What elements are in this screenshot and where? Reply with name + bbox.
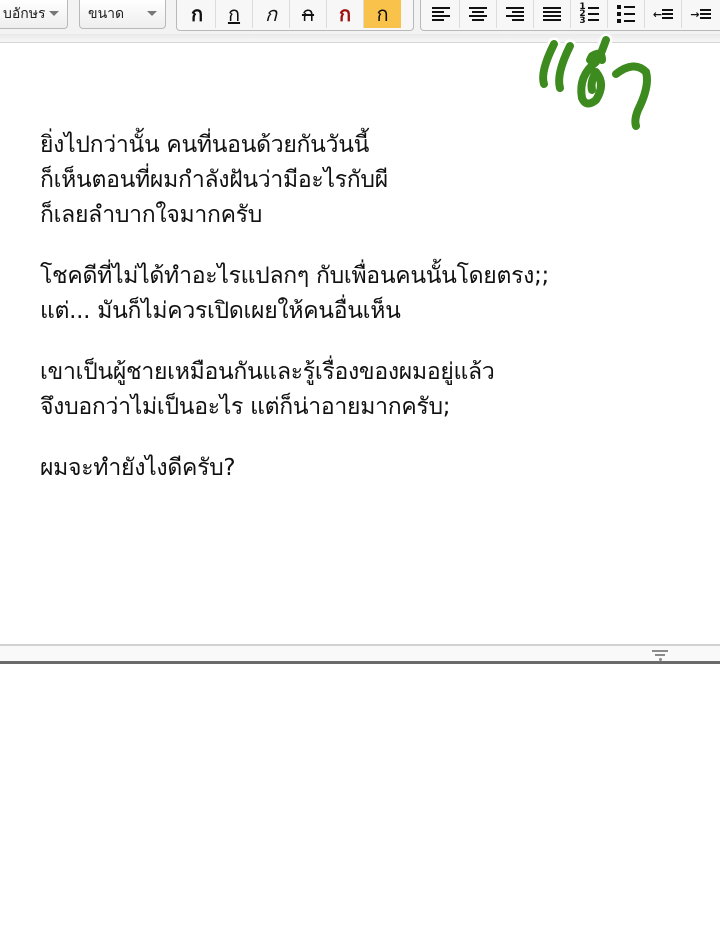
numbered-list-button[interactable]: 123 <box>571 0 608 28</box>
font-size-dropdown[interactable]: ขนาด <box>79 0 166 29</box>
text-line: จึงบอกว่าไม่เป็นอะไร แต่ก็น่าอายมากครับ; <box>40 390 680 425</box>
chevron-down-icon <box>147 11 157 16</box>
editor-content[interactable]: ยิ่งไปกว่านั้น คนที่นอนด้วยกันวันนี้ ก็เ… <box>40 128 680 512</box>
paragraph: เขาเป็นผู้ชายเหมือนกันและรู้เรื่องของผมอ… <box>40 355 680 425</box>
text-line: ก็เห็นตอนที่ผมกำลังฝันว่ามีอะไรกับผี <box>40 163 680 198</box>
text-line: โชคดีที่ไม่ได้ทำอะไรแปลกๆ กับเพื่อนคนนั้… <box>40 259 680 294</box>
italic-button[interactable]: ก <box>253 0 290 28</box>
indent-icon: → <box>690 8 710 21</box>
font-size-label: ขนาด <box>88 3 124 25</box>
underline-button[interactable]: ก <box>216 0 253 28</box>
text-line: ยิ่งไปกว่านั้น คนที่นอนด้วยกันวันนี้ <box>40 128 680 163</box>
highlight-icon: ก <box>376 0 388 30</box>
align-center-icon <box>469 7 487 21</box>
bullet-list-button[interactable] <box>608 0 645 28</box>
align-right-button[interactable] <box>497 0 534 28</box>
editor-toolbar: บอักษร ขนาด ก ก ก ก ก ก 123 <box>0 0 720 35</box>
justify-icon <box>543 7 561 21</box>
bullet-list-icon <box>617 5 635 23</box>
strikethrough-button[interactable]: ก <box>290 0 327 28</box>
paragraph: ผมจะทำยังไงดีครับ? <box>40 451 680 486</box>
align-center-button[interactable] <box>460 0 497 28</box>
text-line: แต่... มันก็ไม่ควรเปิดเผยให้คนอื่นเห็น <box>40 294 680 329</box>
bold-button[interactable]: ก <box>179 0 216 28</box>
strikethrough-icon: ก <box>302 0 314 30</box>
chevron-down-icon <box>49 11 59 16</box>
align-left-icon <box>432 7 450 21</box>
align-left-button[interactable] <box>423 0 460 28</box>
paragraph: ยิ่งไปกว่านั้น คนที่นอนด้วยกันวันนี้ ก็เ… <box>40 128 680 233</box>
italic-icon: ก <box>265 0 277 30</box>
bold-icon: ก <box>191 0 203 30</box>
text-line: ผมจะทำยังไงดีครับ? <box>40 451 680 486</box>
resize-handle-icon[interactable] <box>651 650 669 662</box>
font-family-label: บอักษร <box>3 3 46 25</box>
text-line: ก็เลยลำบากใจมากครับ <box>40 198 680 233</box>
outdent-icon: ← <box>653 8 673 21</box>
justify-button[interactable] <box>534 0 571 28</box>
align-right-icon <box>506 7 524 21</box>
sound-effect-text <box>530 32 680 137</box>
highlight-button[interactable]: ก <box>364 0 401 28</box>
text-format-group: ก ก ก ก ก ก <box>176 0 414 31</box>
editor-status-bar <box>0 644 720 664</box>
indent-button[interactable]: → <box>682 0 719 28</box>
outdent-button[interactable]: ← <box>645 0 682 28</box>
numbered-list-icon: 123 <box>579 4 598 25</box>
font-family-dropdown[interactable]: บอักษร <box>0 0 68 29</box>
toolbar-divider <box>0 34 720 43</box>
text-color-button[interactable]: ก <box>327 0 364 28</box>
underline-icon: ก <box>228 0 240 30</box>
paragraph: โชคดีที่ไม่ได้ทำอะไรแปลกๆ กับเพื่อนคนนั้… <box>40 259 680 329</box>
text-color-icon: ก <box>339 0 351 30</box>
text-line: เขาเป็นผู้ชายเหมือนกันและรู้เรื่องของผมอ… <box>40 355 680 390</box>
paragraph-group: 123 ← → <box>420 0 720 31</box>
